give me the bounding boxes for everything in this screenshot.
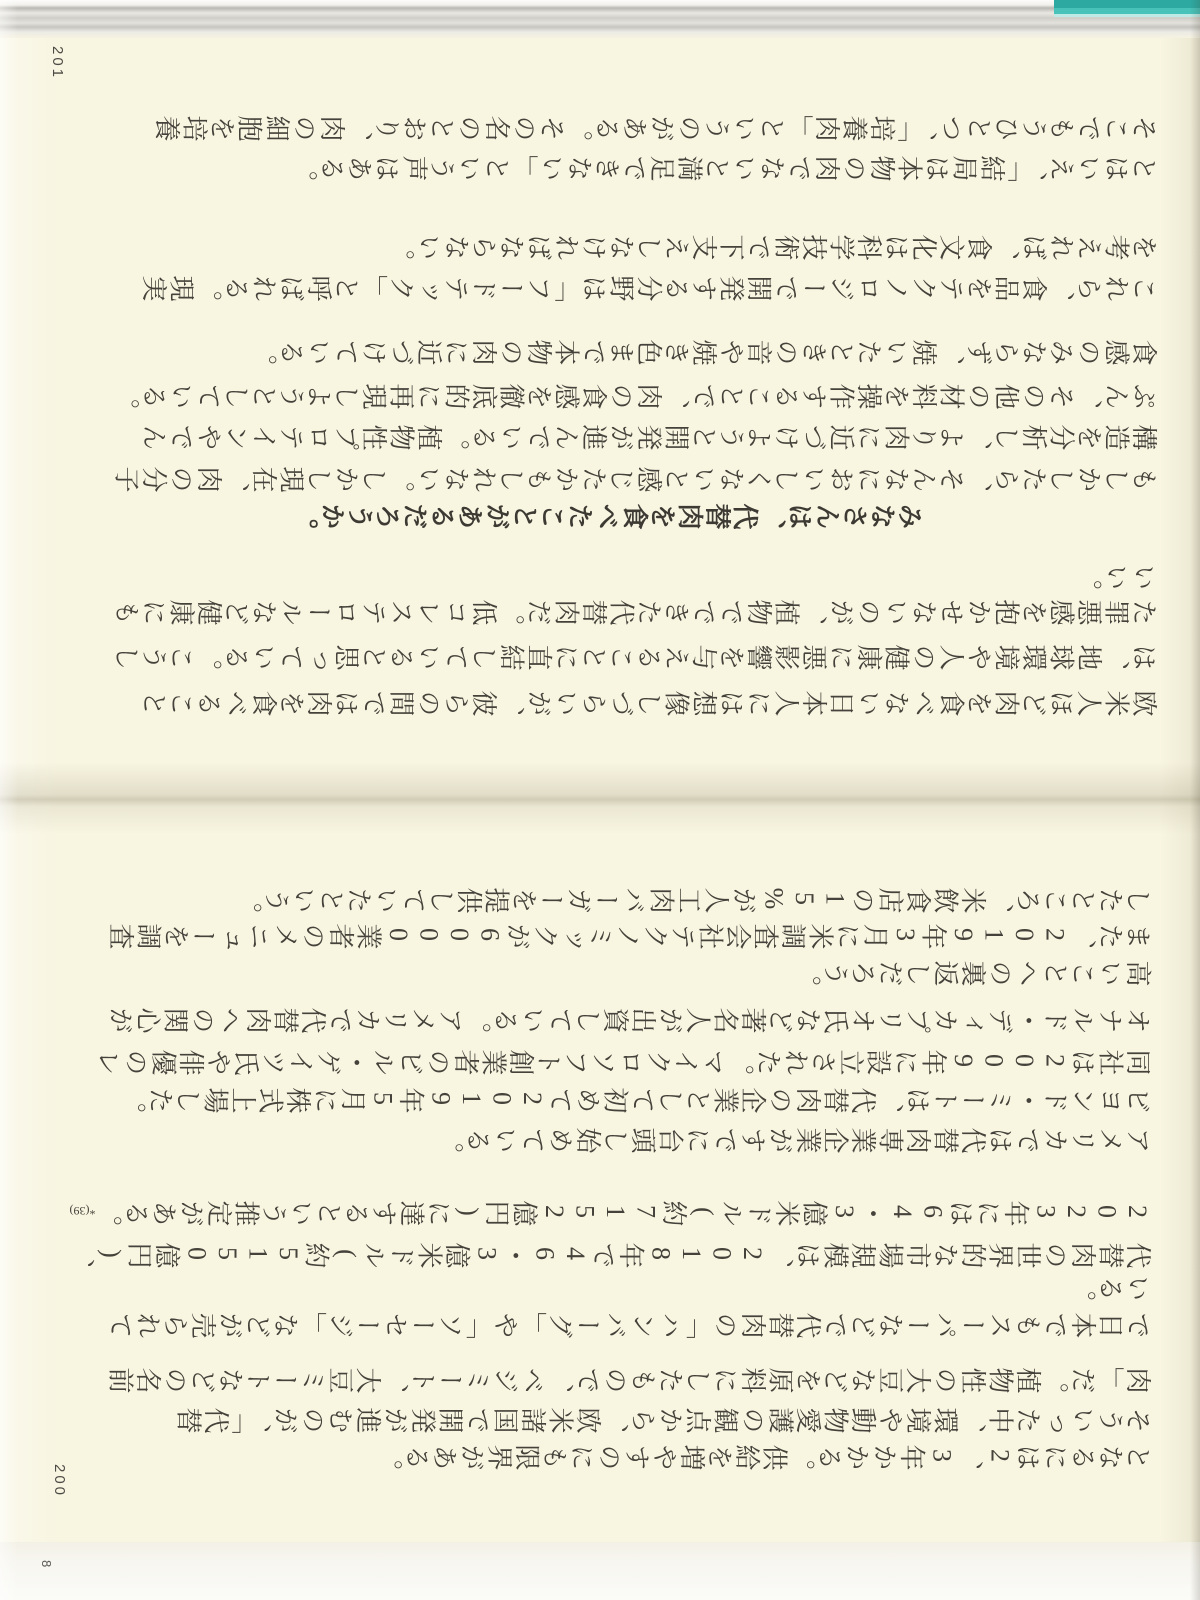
text-column: ぷん、その他の材料を操作することで、肉の食感を徹底的に再現しようとしている。 [113,381,1158,407]
text-column: た罪悪感を抱かせないのが、植物でできた代替肉だ。低コレステロールなど健康にも [113,597,1158,623]
text-column: アメリカでは代替肉専業企業がすでに台頭し始めている。 [437,1125,1152,1151]
text-column: 高いことへの裏返しだろう。 [795,958,1153,984]
text-column: となるには2、3年かかる。供給を増やすのにも限界がある。 [376,1442,1152,1468]
text-column: 構造を分析し、より肉に近づけようと開発が進んでいる。植物性プロテインやでん [141,422,1159,448]
page-200: となるには2、3年かかる。供給を増やすのにも限界がある。そういった中、環境や動物… [0,800,1200,1600]
text-column: とはいえ、「結局は本物の肉でないと満足できない」という声はある。 [291,153,1158,179]
text-column: いい。 [1076,562,1159,588]
text-column: 代替肉の世界的な市場規模は、2018年で46・3億米ドル(約5150億円)、 [68,1240,1152,1266]
footnote-mark: *(39) [70,1204,96,1218]
text-column: で日本でもスーパーなどで代替肉の「ハンバーグ」や「ソーセージ」などが売られて [107,1310,1152,1336]
text-column: 食感のみならず、焼いたときの音や焼き色まで本物の肉に近づけている。 [251,337,1159,363]
text-column: そこでもうひとつ、「培養肉」というのがある。その名のとおり、肉の細胞を培養 [154,113,1159,139]
text-column: 2023年には64・3億米ドル(約7152億円)に達するという推定がある。*(3… [70,1198,1153,1224]
page-201: 欧米人ほど肉を食べない日本人には想像しづらいが、彼らの間では肉を食べることは、地… [0,0,1200,800]
book-spread: 欧米人ほど肉を食べない日本人には想像しづらいが、彼らの間では肉を食べることは、地… [0,0,1200,1600]
text-column: ビヨンド・ミートは、代替肉の企業として初めて2019年5月に株式上場した。 [120,1085,1153,1111]
edge-number: 8 [39,1560,54,1567]
text-column: は、地球環境や人の健康に悪影響を与えることに直結していると思っている。こうし [113,642,1158,668]
text-column: そういった中、環境や動物愛護の観点から、欧米諸国で開発が進むのが、「代替 [175,1405,1152,1431]
text-column: 同社は2009年に設立された。マイクロソフト創業者のビル・ゲイツ氏や俳優のレ [95,1047,1152,1073]
page-number-200: 200 [51,1464,68,1498]
text-column: これら、食品をテクノロジーで開発する分野は「フードテック」と呼ばれる。現実 [141,273,1159,299]
text-column: オナルド・ディカプリオ氏など著名人が出資している。アメリカで代替肉への関心が [107,1005,1152,1031]
text-column: したところ、米飲食店の15%が人工肉バーガーを提供していたという。 [236,885,1153,911]
section-heading-column: みなさんは、代替肉を食べたことがあるだろうか。 [292,502,1159,528]
text-column: 欧米人ほど肉を食べない日本人には想像しづらいが、彼らの間では肉を食べること [141,688,1159,714]
text-column: いる。 [1070,1273,1153,1299]
page-number-201: 201 [49,46,66,80]
text-column: また、2019年3月に米調査会社テクノミックが6000業者のメニューを調査 [108,921,1153,947]
text-column: もしかしたら、そんなにおいしくないと感じたかもしれない。しかし現在、肉の分子 [113,464,1158,490]
text-column: を考えれば、食文化は科学技術で下支えしなければならない。 [388,232,1158,258]
text-column: 肉」だ。植物性の大豆などを原料にしたもので、ベジミート、大豆ミートなどの名前 [107,1365,1152,1391]
